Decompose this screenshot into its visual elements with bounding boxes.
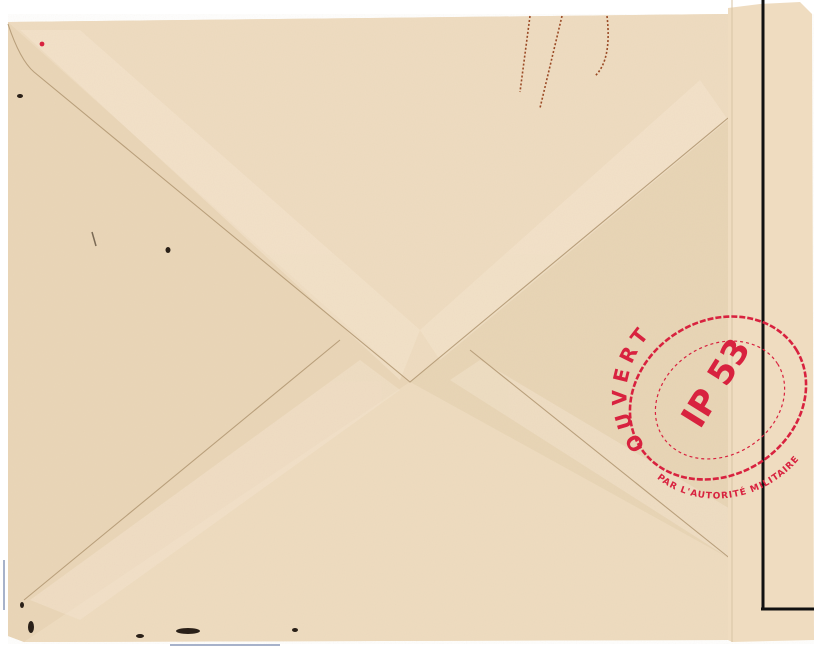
envelope-scan: OUVERT PAR L'AUTORITÉ MILITAIRE IP 53 <box>0 0 819 650</box>
censor-strip <box>728 0 814 642</box>
